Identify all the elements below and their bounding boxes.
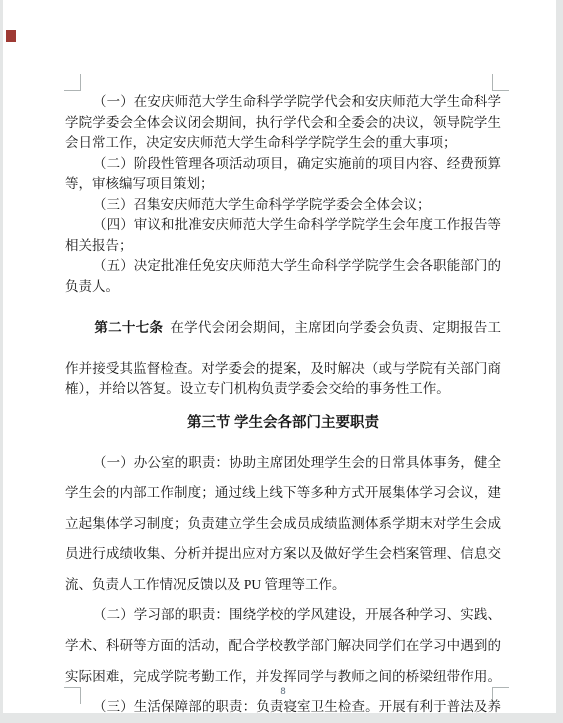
text-line: 作并接受其监督检查。对学委会的提案，及时解决（或与学院有关部门商 [65, 359, 501, 380]
red-marker [6, 30, 16, 42]
text-line: （一）办公室的职责：协助主席团处理学生会的日常具体事务，健全 [65, 448, 501, 479]
text-line: 员进行成绩收集、分析并提出应对方案以及做好学生会档案管理、信息交 [65, 539, 501, 570]
text-line: 相关报告； [65, 236, 501, 257]
text-line: 榷），并给以答复。设立专门机构负责学委会交给的事务性工作。 [65, 379, 501, 400]
text-line: （三）召集安庆师范大学生命科学学院学委会全体会议； [65, 195, 501, 216]
department-duties-clauses: （一）办公室的职责：协助主席团处理学生会的日常具体事务，健全 学生会的内部工作制… [65, 448, 501, 723]
text-line: （二）学习部的职责：围绕学校的学风建设，开展各种学习、实践、 [65, 600, 501, 631]
document-page[interactable]: （一）在安庆师范大学生命科学学院学代会和安庆师范大学生命科学 学院学委会全体会议… [3, 0, 556, 713]
text-line: 学院学委会全体会议闭会期间，执行学代会和全委会的决议，领导院学生 [65, 113, 501, 134]
text-line: （一）在安庆师范大学生命科学学院学代会和安庆师范大学生命科学 [65, 92, 501, 113]
article-number-label: 第二十七条 [94, 320, 163, 335]
text-line: （五）决定批准任免安庆师范大学生命科学学院学生会各职能部门的 [65, 256, 501, 277]
text-line: 流、负责人工作情况反馈以及 PU 管理等工作。 [65, 570, 501, 601]
text-line: 第二十七条在学代会闭会期间，主席团向学委会负责、定期报告工 [65, 297, 501, 359]
crop-mark-top-left-icon [80, 74, 81, 91]
crop-mark-top-right-icon [492, 90, 509, 91]
crop-mark-top-left-icon [64, 90, 81, 91]
document-body: （一）在安庆师范大学生命科学学院学代会和安庆师范大学生命科学 学院学委会全体会议… [65, 92, 501, 723]
text-line: 会日常工作，决定安庆师范大学生命科学学院学生会的重大事项； [65, 133, 501, 154]
section-heading: 第三节 学生会各部门主要职责 [65, 412, 501, 434]
text-line: 立起集体学习制度；负责建立学生会成员成绩监测体系学期末对学生会成 [65, 509, 501, 540]
text-line: 学生会的内部工作制度；通过线上线下等多种方式开展集体学习会议，建 [65, 478, 501, 509]
text-line: 学术、科研等方面的活动，配合学校教学部门解决同学们在学习中遇到的 [65, 631, 501, 662]
text-line: （四）审议和批准安庆师范大学生命科学学院学生会年度工作报告等 [65, 215, 501, 236]
text-line: 等，审核编写项目策划； [65, 174, 501, 195]
text-line: 负责人。 [65, 277, 501, 298]
crop-mark-top-right-icon [492, 74, 493, 91]
article-26-clauses: （一）在安庆师范大学生命科学学院学代会和安庆师范大学生命科学 学院学委会全体会议… [65, 92, 501, 400]
page-number: 8 [65, 686, 501, 697]
text-line: （二）阶段性管理各项活动项目，确定实施前的项目内容、经费预算 [65, 154, 501, 175]
text-line: 在学代会闭会期间，主席团向学委会负责、定期报告工 [170, 320, 501, 335]
